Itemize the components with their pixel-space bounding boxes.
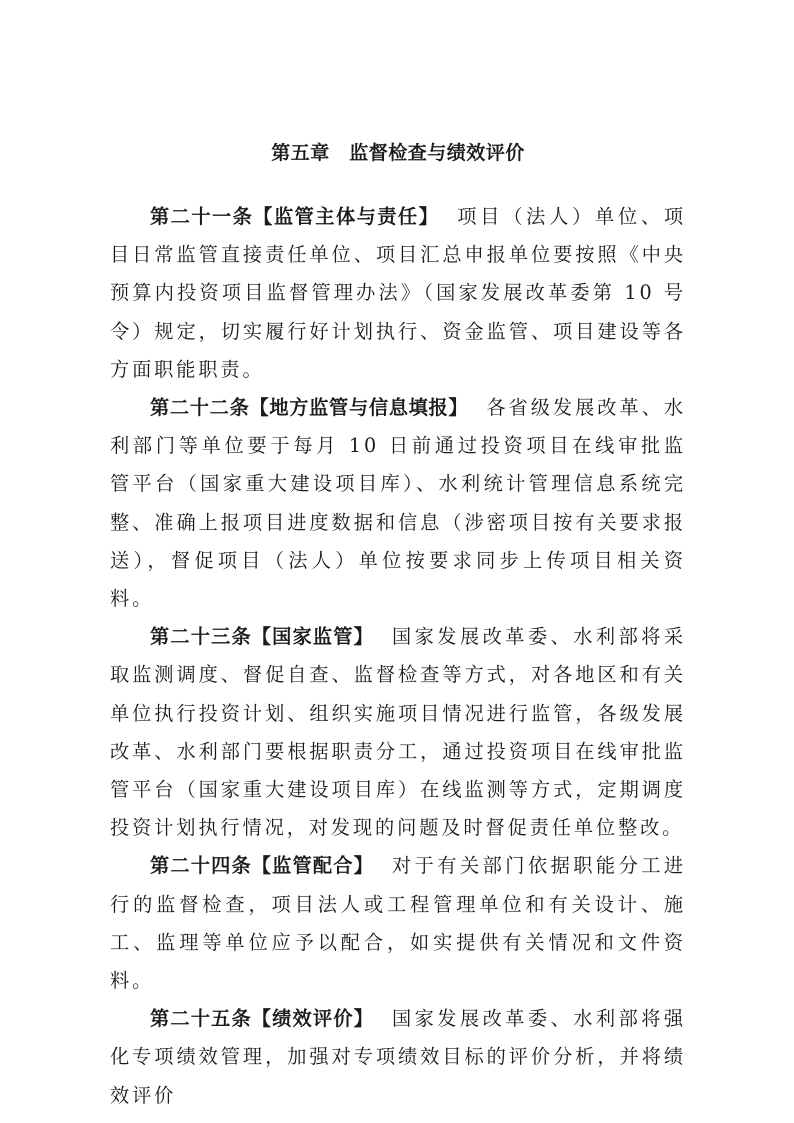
document-body: 第二十一条【监管主体与责任】项目（法人）单位、项目日常监管直接责任单位、项目汇总… [110,198,686,1115]
article-22: 第二十二条【地方监管与信息填报】各省级发展改革、水利部门等单位要于每月 10 日… [110,389,686,618]
article-text: 国家发展改革委、水利部将采取监测调度、督促自查、监督检查等方式，对各地区和有关单… [110,625,686,839]
article-24: 第二十四条【监管配合】对于有关部门依据职能分工进行的监督检查，项目法人或工程管理… [110,847,686,1000]
article-text: 项目（法人）单位、项目日常监管直接责任单位、项目汇总申报单位要按照《中央预算内投… [110,205,686,381]
article-text: 各省级发展改革、水利部门等单位要于每月 10 日前通过投资项目在线审批监管平台（… [110,396,686,610]
article-heading: 第二十四条【监管配合】 [150,854,374,877]
article-heading: 第二十二条【地方监管与信息填报】 [150,396,468,419]
article-21: 第二十一条【监管主体与责任】项目（法人）单位、项目日常监管直接责任单位、项目汇总… [110,198,686,389]
article-23: 第二十三条【国家监管】国家发展改革委、水利部将采取监测调度、督促自查、监督检查等… [110,618,686,847]
article-25: 第二十五条【绩效评价】国家发展改革委、水利部将强化专项绩效管理，加强对专项绩效目… [110,1000,686,1115]
article-heading: 第二十五条【绩效评价】 [150,1007,374,1030]
article-heading: 第二十三条【国家监管】 [150,625,374,648]
chapter-title: 第五章 监督检查与绩效评价 [110,140,686,166]
article-heading: 第二十一条【监管主体与责任】 [150,205,439,228]
